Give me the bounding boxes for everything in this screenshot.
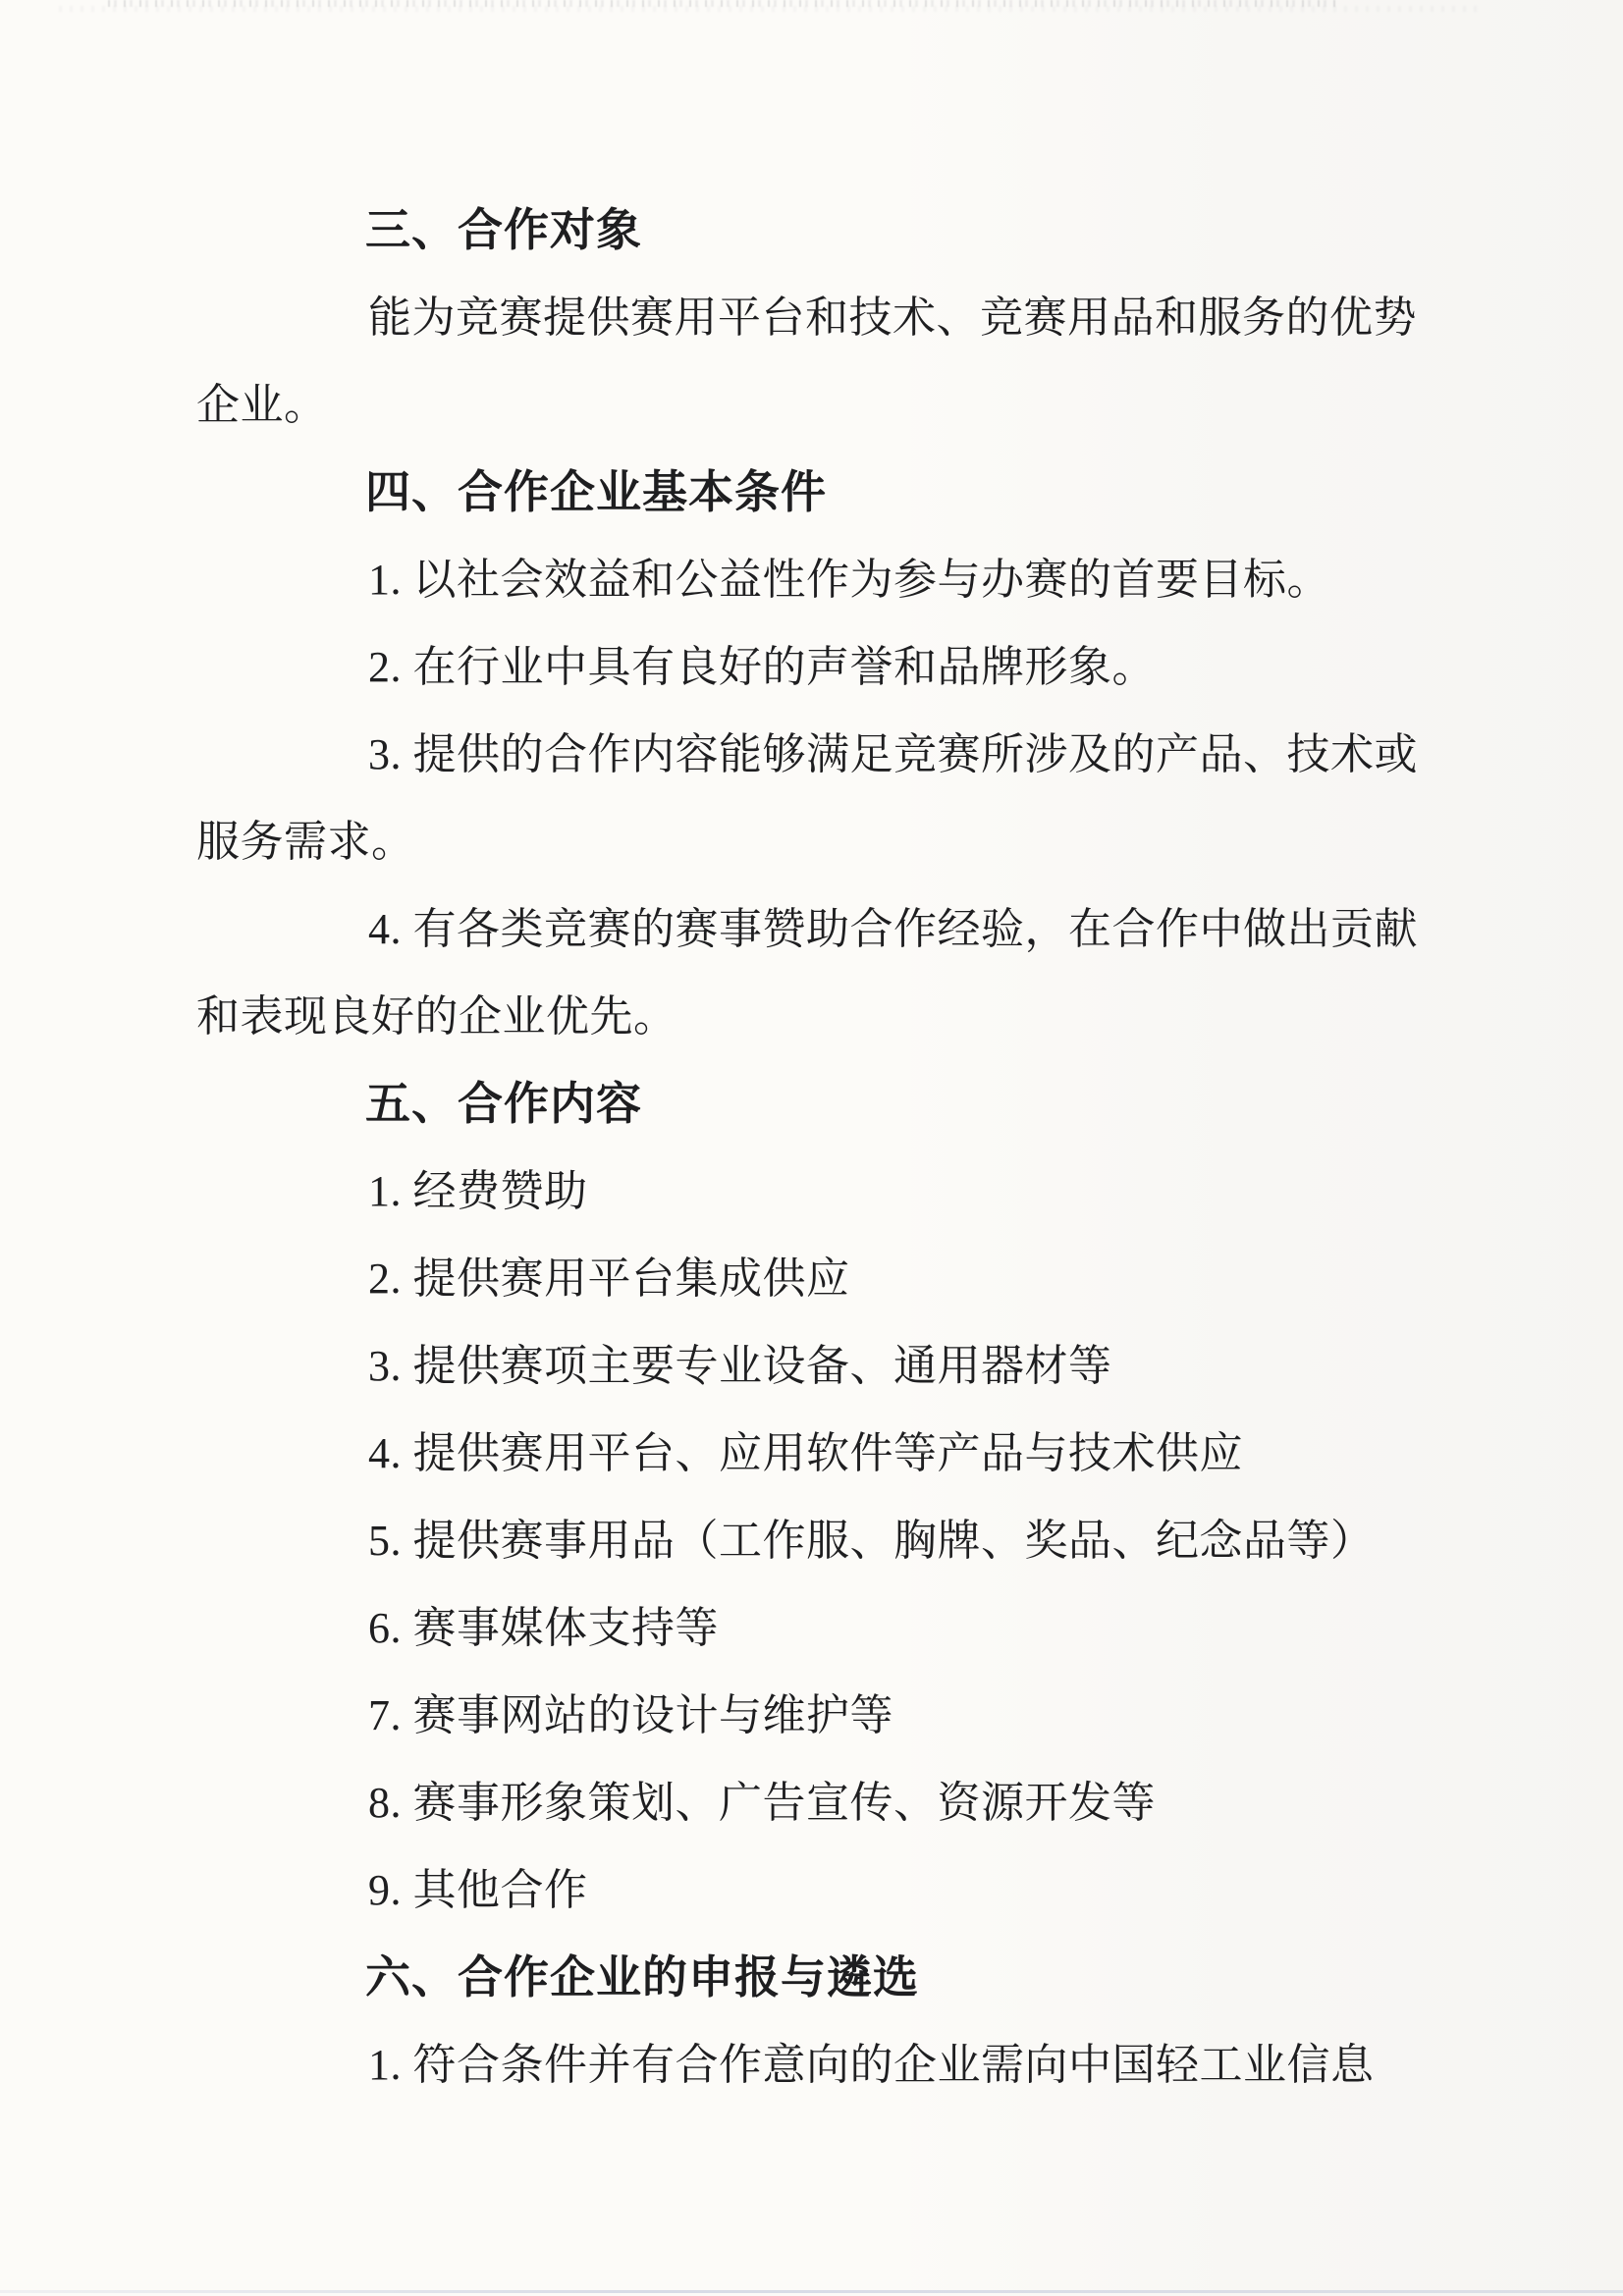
numbered-item-condition-4: 4. 有各类竞赛的赛事赞助合作经验，在合作中做出贡献和表现良好的企业优先。 bbox=[196, 885, 1424, 1060]
numbered-item-condition-2: 2. 在行业中具有良好的声誉和品牌形象。 bbox=[196, 623, 1424, 711]
section-heading-application-selection: 六、合作企业的申报与遴选 bbox=[365, 1934, 1424, 2021]
numbered-item-content-2: 2. 提供赛用平台集成供应 bbox=[196, 1235, 1424, 1322]
numbered-item-application-1: 1. 符合条件并有合作意向的企业需向中国轻工业信息 bbox=[196, 2021, 1424, 2109]
paragraph-cooperation-targets: 能为竞赛提供赛用平台和技术、竞赛用品和服务的优势企业。 bbox=[196, 274, 1424, 449]
numbered-item-content-9: 9. 其他合作 bbox=[196, 1846, 1424, 1934]
numbered-item-content-7: 7. 赛事网站的设计与维护等 bbox=[196, 1672, 1424, 1759]
document-body: 三、合作对象 能为竞赛提供赛用平台和技术、竞赛用品和服务的优势企业。 四、合作企… bbox=[0, 0, 1424, 2109]
numbered-item-content-5: 5. 提供赛事用品（工作服、胸牌、奖品、纪念品等） bbox=[196, 1497, 1424, 1584]
numbered-item-content-4: 4. 提供赛用平台、应用软件等产品与技术供应 bbox=[196, 1410, 1424, 1497]
section-heading-basic-conditions: 四、合作企业基本条件 bbox=[365, 449, 1424, 536]
numbered-item-condition-3: 3. 提供的合作内容能够满足竞赛所涉及的产品、技术或服务需求。 bbox=[196, 711, 1424, 885]
section-heading-cooperation-targets: 三、合作对象 bbox=[365, 187, 1424, 274]
scanned-document-page: 三、合作对象 能为竞赛提供赛用平台和技术、竞赛用品和服务的优势企业。 四、合作企… bbox=[0, 0, 1623, 2296]
numbered-item-content-3: 3. 提供赛项主要专业设备、通用器材等 bbox=[196, 1322, 1424, 1410]
section-heading-cooperation-content: 五、合作内容 bbox=[365, 1060, 1424, 1148]
scanner-bottom-edge-line bbox=[0, 2290, 1623, 2293]
numbered-item-content-1: 1. 经费赞助 bbox=[196, 1148, 1424, 1235]
numbered-item-content-8: 8. 赛事形象策划、广告宣传、资源开发等 bbox=[196, 1759, 1424, 1846]
numbered-item-content-6: 6. 赛事媒体支持等 bbox=[196, 1584, 1424, 1672]
numbered-item-condition-1: 1. 以社会效益和公益性作为参与办赛的首要目标。 bbox=[196, 536, 1424, 623]
